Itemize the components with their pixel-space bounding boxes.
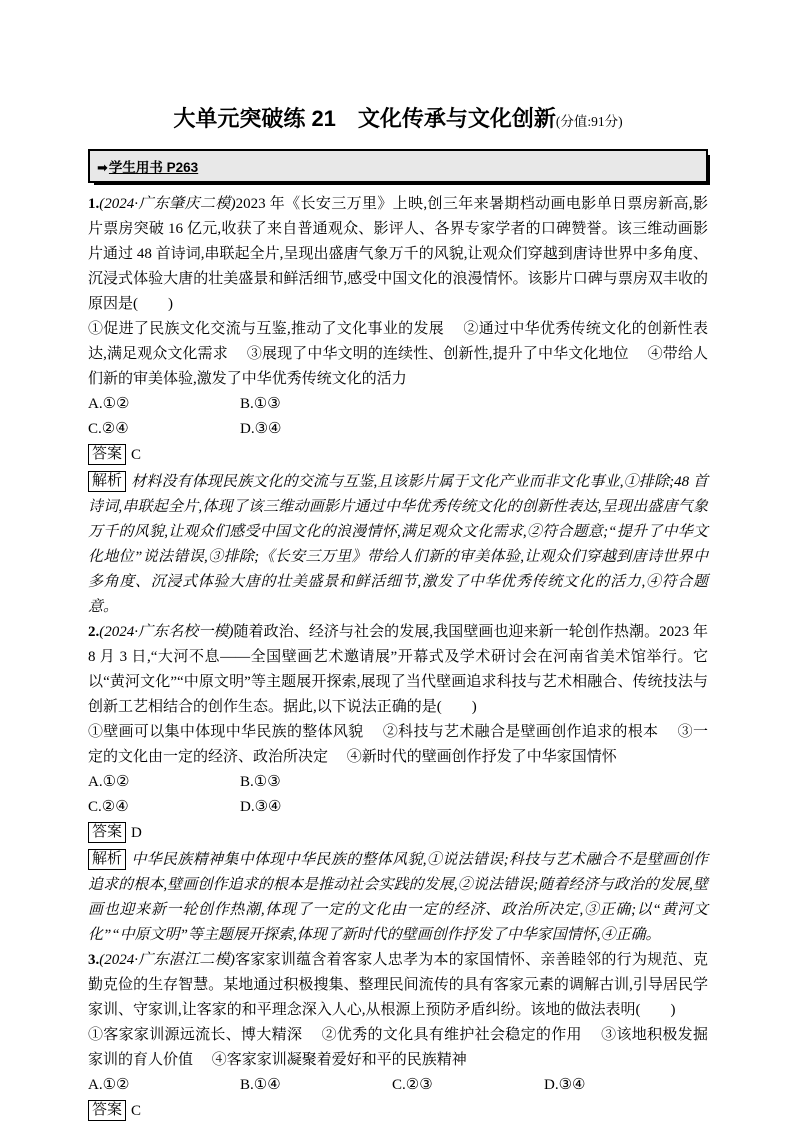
- question-options: ①客家家训源远流长、博大精深 ②优秀的文化具有维护社会稳定的作用 ③该地积极发掘…: [88, 1023, 708, 1073]
- answer-value: C: [131, 1103, 141, 1119]
- choice-option: D.③④: [544, 1073, 696, 1098]
- analysis-text: 材料没有体现民族文化的交流与互鉴,且该影片属于文化产业而非文化事业,①排除;48…: [88, 474, 708, 615]
- answer-line: 答案C: [88, 1099, 708, 1123]
- analysis-paragraph: 解析中华民族精神集中体现中华民族的整体风貌,①说法错误;科技与艺术融合不是壁画创…: [88, 848, 708, 948]
- question-source: (2024·广东肇庆二模): [99, 196, 235, 212]
- answer-value: C: [131, 447, 141, 463]
- choice-option: A.①②: [88, 770, 240, 795]
- analysis-label: 解析: [88, 849, 126, 870]
- worksheet-page: 大单元突破练 21 文化传承与文化创新(分值:91分) ➡学生用书 P263 1…: [0, 0, 794, 1123]
- answer-label: 答案: [88, 1100, 126, 1121]
- choice-option: B.①③: [240, 392, 392, 417]
- choice-option: A.①②: [88, 1073, 240, 1098]
- answer-label: 答案: [88, 822, 126, 843]
- question-source: (2024·广东名校一模): [99, 624, 233, 640]
- choice-option: B.①④: [240, 1073, 392, 1098]
- question-block: 2.(2024·广东名校一模)随着政治、经济与社会的发展,我国壁画也迎来新一轮创…: [88, 620, 708, 948]
- choice-row: A.①②B.①④C.②③D.③④: [88, 1073, 700, 1098]
- analysis-text: 中华民族精神集中体现中华民族的整体风貌,①说法错误;科技与艺术融合不是壁画创作追…: [88, 852, 708, 943]
- answer-line: 答案D: [88, 821, 708, 846]
- question-block: 3.(2024·广东湛江二模)客家家训蕴含着客家人忠孝为本的家国情怀、亲善睦邻的…: [88, 948, 708, 1123]
- student-book-banner: ➡学生用书 P263: [88, 149, 708, 183]
- arrow-right-icon: ➡: [97, 161, 108, 176]
- analysis-label: 解析: [88, 471, 126, 492]
- question-block: 1.(2024·广东肇庆二模)2023 年《长安三万里》上映,创三年来暑期档动画…: [88, 192, 708, 620]
- page-title: 大单元突破练 21 文化传承与文化创新(分值:91分): [88, 104, 708, 137]
- choice-option: B.①③: [240, 770, 392, 795]
- student-book-ref: 学生用书 P263: [109, 160, 198, 175]
- answer-line: 答案C: [88, 443, 708, 468]
- question-options: ①壁画可以集中体现中华民族的整体风貌 ②科技与艺术融合是壁画创作追求的根本 ③一…: [88, 720, 708, 770]
- answer-value: D: [131, 825, 142, 841]
- question-options: ①促进了民族文化交流与互鉴,推动了文化事业的发展 ②通过中华优秀传统文化的创新性…: [88, 317, 708, 392]
- score-note: (分值:91分): [556, 114, 623, 129]
- question-number: 1.: [88, 196, 99, 212]
- page-title-text: 大单元突破练 21 文化传承与文化创新: [173, 106, 556, 131]
- question-source: (2024·广东湛江二模): [99, 952, 235, 968]
- question-stem-text: 2023 年《长安三万里》上映,创三年来暑期档动画电影单日票房新高,影片票房突破…: [88, 196, 708, 312]
- choice-option: C.②③: [392, 1073, 544, 1098]
- question-number: 2.: [88, 624, 99, 640]
- choice-option: C.②④: [88, 795, 240, 820]
- question-stem: 1.(2024·广东肇庆二模)2023 年《长安三万里》上映,创三年来暑期档动画…: [88, 192, 708, 317]
- choice-option: D.③④: [240, 795, 392, 820]
- answer-label: 答案: [88, 444, 126, 465]
- questions: 1.(2024·广东肇庆二模)2023 年《长安三万里》上映,创三年来暑期档动画…: [88, 192, 708, 1123]
- question-stem: 2.(2024·广东名校一模)随着政治、经济与社会的发展,我国壁画也迎来新一轮创…: [88, 620, 708, 720]
- choice-option: A.①②: [88, 392, 240, 417]
- question-stem: 3.(2024·广东湛江二模)客家家训蕴含着客家人忠孝为本的家国情怀、亲善睦邻的…: [88, 948, 708, 1023]
- question-number: 3.: [88, 952, 99, 968]
- choice-row: A.①②B.①③C.②④D.③④: [88, 770, 396, 820]
- choice-option: C.②④: [88, 417, 240, 442]
- analysis-paragraph: 解析材料没有体现民族文化的交流与互鉴,且该影片属于文化产业而非文化事业,①排除;…: [88, 470, 708, 620]
- choice-row: A.①②B.①③C.②④D.③④: [88, 392, 396, 442]
- choice-option: D.③④: [240, 417, 392, 442]
